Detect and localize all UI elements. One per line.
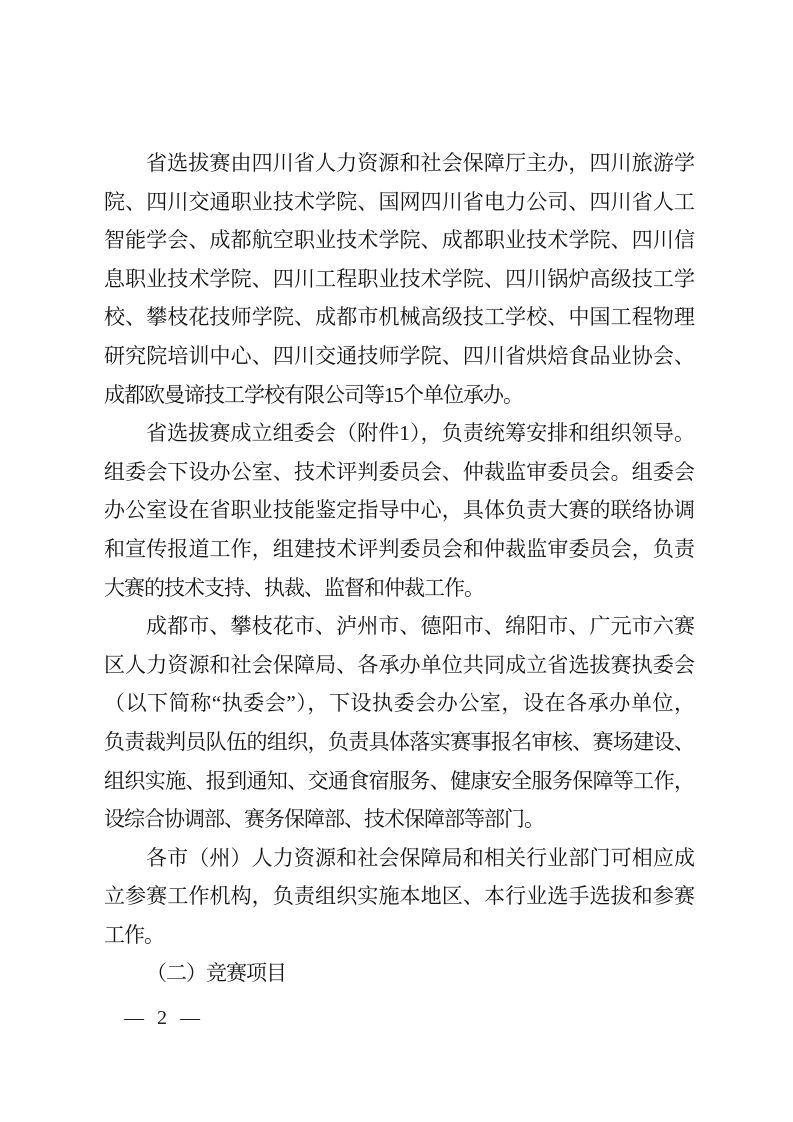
text-line: （以下简称“执委会”），下设执委会办公室，设在各承办单位，	[104, 684, 694, 723]
text-line: 各市（州）人力资源和社会保障局和相关行业部门可相应成	[104, 839, 694, 878]
text-line: 息职业技术学院、四川工程职业技术学院、四川锅炉高级技工学	[104, 260, 694, 299]
document-page: 省选拔赛由四川省人力资源和社会保障厅主办，四川旅游学 院、四川交通职业技术学院、…	[0, 0, 793, 1122]
text-line: 立参赛工作机构，负责组织实施本地区、本行业选手选拔和参赛	[104, 877, 694, 916]
text-line: 大赛的技术支持、执裁、监督和仲裁工作。	[104, 569, 694, 608]
text-line: 设综合协调部、赛务保障部、技术保障部等部门。	[104, 800, 694, 839]
text-line: 负责裁判员队伍的组织，负责具体落实赛事报名审核、赛场建设、	[104, 723, 694, 762]
text-line: 智能学会、成都航空职业技术学院、成都职业技术学院、四川信	[104, 221, 694, 260]
text-line: 工作。	[104, 916, 694, 955]
text-line: 成都欧曼谛技工学校有限公司等15个单位承办。	[104, 376, 694, 415]
text-line: 省选拔赛成立组委会（附件1），负责统筹安排和组织领导。	[104, 414, 694, 453]
text-line: 组委会下设办公室、技术评判委员会、仲裁监审委员会。组委会	[104, 453, 694, 492]
text-line: 办公室设在省职业技能鉴定指导中心，具体负责大赛的联络协调	[104, 491, 694, 530]
page-number: — 2 —	[124, 1004, 200, 1032]
section-heading: （二）竞赛项目	[104, 954, 694, 993]
text-line: 和宣传报道工作，组建技术评判委员会和仲裁监审委员会，负责	[104, 530, 694, 569]
text-line: 研究院培训中心、四川交通技师学院、四川省烘焙食品业协会、	[104, 337, 694, 376]
text-line: 校、攀枝花技师学院、成都市机械高级技工学校、中国工程物理	[104, 298, 694, 337]
text-line: 院、四川交通职业技术学院、国网四川省电力公司、四川省人工	[104, 183, 694, 222]
text-line: 成都市、攀枝花市、泸州市、德阳市、绵阳市、广元市六赛	[104, 607, 694, 646]
text-line: 省选拔赛由四川省人力资源和社会保障厅主办，四川旅游学	[104, 144, 694, 183]
text-line: 区人力资源和社会保障局、各承办单位共同成立省选拔赛执委会	[104, 646, 694, 685]
text-line: 组织实施、报到通知、交通食宿服务、健康安全服务保障等工作，	[104, 762, 694, 801]
document-body: 省选拔赛由四川省人力资源和社会保障厅主办，四川旅游学 院、四川交通职业技术学院、…	[104, 144, 694, 993]
